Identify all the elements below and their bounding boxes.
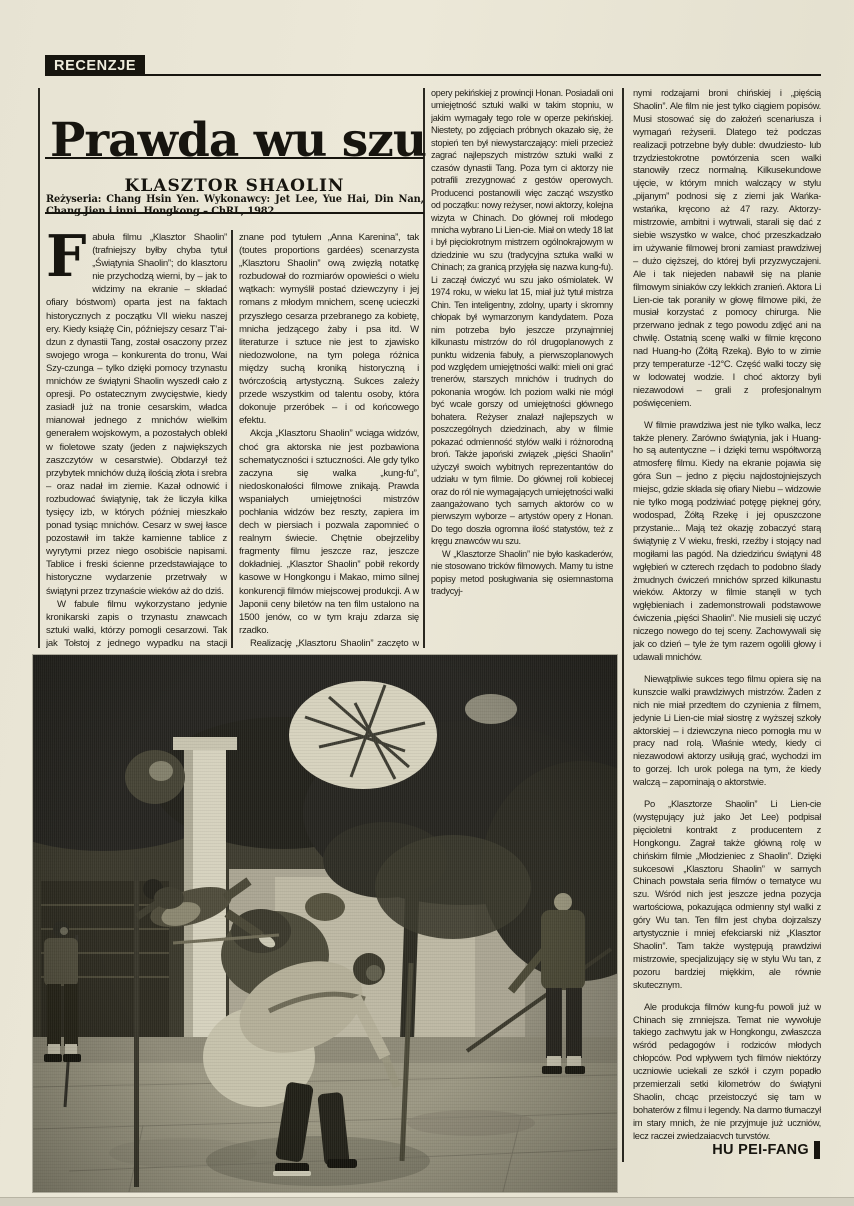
paragraph: opery pekińskiej z prowincji Honan. Posi… (431, 87, 613, 548)
section-rule (45, 74, 821, 76)
text-column-3: opery pekińskiej z prowincji Honan. Posi… (431, 87, 613, 648)
section-bar: RECENZJE (45, 55, 145, 76)
paragraph: Ale produkcja filmów kung-fu powoli już … (633, 1001, 821, 1139)
paragraph: znane pod tytułem „Anna Karenina”, tak (… (239, 231, 419, 427)
paragraph: Niewątpliwie sukces tego filmu opiera si… (633, 673, 821, 789)
paragraph: W fabule filmu wykorzystano jedynie kron… (46, 598, 227, 648)
paragraph: nymi rodzajami broni chińskiej i „pięści… (633, 87, 821, 410)
paragraph: Realizację „Klasztoru Shaolin” zaczęto w… (239, 637, 419, 648)
paragraph: Po „Klasztorze Shaolin” Li Lien-cie (wys… (633, 798, 821, 992)
drop-cap: F (46, 231, 92, 284)
column-rule-1-2 (231, 230, 233, 648)
paragraph: W „Klasztorze Shaolin” nie było kaskader… (431, 548, 613, 598)
ground-shadow (206, 1136, 430, 1186)
paragraph: Akcja „Klasztoru Shaolin” wciąga widzów,… (239, 427, 419, 637)
text-column-1: Fabuła filmu „Klasztor Shaolin” (trafnie… (46, 231, 227, 648)
text-column-2: znane pod tytułem „Anna Karenina”, tak (… (239, 231, 419, 648)
column-rule-3-4 (622, 88, 624, 1162)
author-signature: HU PEI-FANG (633, 1142, 809, 1158)
section-label: RECENZJE (54, 58, 136, 74)
column-rule-2-3 (423, 88, 425, 648)
magazine-page: RECENZJE Prawda wu szu KLASZTOR SHAOLIN … (0, 0, 854, 1206)
text-column-4: nymi rodzajami broni chińskiej i „pięści… (633, 87, 821, 1139)
rule-below-credits (45, 212, 424, 214)
page-edge (0, 1197, 854, 1206)
film-credits: Reżyseria: Chang Hsin Yen. Wykonawcy: Je… (46, 194, 424, 218)
paragraph: W filmie prawdziwa jest nie tylko walka,… (633, 419, 821, 664)
column-rule-left (38, 88, 40, 648)
shaolin-courtyard-illustration (33, 655, 617, 1192)
end-of-article-marker (814, 1141, 820, 1159)
film-still-photo (33, 655, 617, 1192)
rule-above-film-title (45, 157, 424, 159)
training-pole (134, 857, 139, 1187)
paragraph: Fabuła filmu „Klasztor Shaolin” (trafnie… (46, 231, 227, 598)
